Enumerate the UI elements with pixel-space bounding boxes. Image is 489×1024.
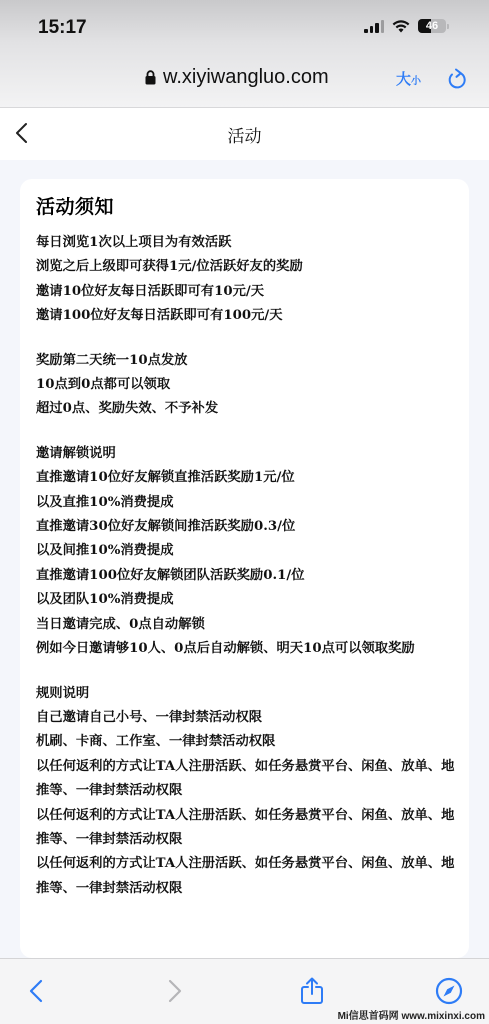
notice-line: 例如今日邀请够10人、0点后自动解锁、明天10点可以领取奖励 [36,637,461,661]
section-activity: 每日浏览1次以上项目为有效活跃 浏览之后上级即可获得1元/位活跃好友的奖励 邀请… [36,231,461,329]
notice-line: 当日邀请完成、0点自动解锁 [36,613,461,637]
compass-icon [435,977,463,1005]
notice-line: 以及直推10%消费提成 [36,491,461,515]
lock-icon [145,70,156,85]
reload-button[interactable] [447,68,467,94]
notice-card: 活动须知 每日浏览1次以上项目为有效活跃 浏览之后上级即可获得1元/位活跃好友的… [20,179,469,958]
browser-forward-button[interactable] [161,977,189,1005]
share-icon [300,977,324,1005]
section-heading: 规则说明 [36,682,461,706]
notice-line: 机刷、卡商、工作室、一律封禁活动权限 [36,730,461,754]
text-size-big-label: 大 [396,70,411,88]
forward-icon [168,979,182,1003]
notice-line: 超过0点、奖励失效、不予补发 [36,397,461,421]
notice-title: 活动须知 [36,192,114,219]
section-heading: 邀请解锁说明 [36,442,461,466]
browser-toolbar: Mi信思首码网 www.mixinxi.com [0,958,489,1024]
battery-cap [447,24,449,29]
notice-line: 每日浏览1次以上项目为有效活跃 [36,231,461,255]
notice-body: 每日浏览1次以上项目为有效活跃 浏览之后上级即可获得1元/位活跃好友的奖励 邀请… [36,231,461,921]
browser-back-button[interactable] [22,977,50,1005]
bookmarks-button[interactable] [435,977,463,1005]
status-time: 15:17 [38,17,87,39]
notice-line: 直推邀请100位好友解锁团队活跃奖励0.1/位 [36,564,461,588]
page-title: 活动 [0,122,489,147]
watermark: Mi信思首码网 www.mixinxi.com [338,1007,485,1022]
battery-level: 46 [426,20,438,32]
notice-line: 邀请100位好友每日活跃即可有100元/天 [36,304,461,328]
notice-line: 奖励第二天统一10点发放 [36,349,461,373]
notice-line: 以及间推10%消费提成 [36,539,461,563]
notice-line: 以任何返利的方式让TA人注册活跃、如任务悬赏平台、闲鱼、放单、地推等、一律封禁活… [36,755,461,804]
share-button[interactable] [298,977,326,1005]
browser-chrome: 15:17 46 w.xiyiwangluo.com 大小 [0,0,489,108]
notice-line: 以任何返利的方式让TA人注册活跃、如任务悬赏平台、闲鱼、放单、地推等、一律封禁活… [36,852,461,901]
battery-icon: 46 [418,19,446,33]
notice-line: 直推邀请30位好友解锁间推活跃奖励0.3/位 [36,515,461,539]
notice-line: 10点到0点都可以领取 [36,373,461,397]
text-size-button[interactable]: 大小 [396,68,421,89]
back-icon [29,979,43,1003]
notice-line: 邀请10位好友每日活跃即可有10元/天 [36,280,461,304]
address-bar[interactable]: w.xiyiwangluo.com [145,66,329,89]
notice-line: 自己邀请自己小号、一律封禁活动权限 [36,706,461,730]
reload-icon [447,68,467,90]
notice-line: 浏览之后上级即可获得1元/位活跃好友的奖励 [36,255,461,279]
page-header: 活动 [0,108,489,160]
text-size-small-label: 小 [411,76,421,87]
status-icons: 46 [364,19,449,33]
url-text: w.xiyiwangluo.com [163,66,329,89]
notice-line: 以任何返利的方式让TA人注册活跃、如任务悬赏平台、闲鱼、放单、地推等、一律封禁活… [36,804,461,853]
cellular-signal-icon [364,20,384,33]
section-unlock-rules: 邀请解锁说明 直推邀请10位好友解锁直推活跃奖励1元/位 以及直推10%消费提成… [36,442,461,662]
section-reward-schedule: 奖励第二天统一10点发放 10点到0点都可以领取 超过0点、奖励失效、不予补发 [36,349,461,422]
wifi-icon [392,20,410,33]
notice-line: 直推邀请10位好友解锁直推活跃奖励1元/位 [36,466,461,490]
notice-line: 以及团队10%消费提成 [36,588,461,612]
section-rules: 规则说明 自己邀请自己小号、一律封禁活动权限 机刷、卡商、工作室、一律封禁活动权… [36,682,461,902]
